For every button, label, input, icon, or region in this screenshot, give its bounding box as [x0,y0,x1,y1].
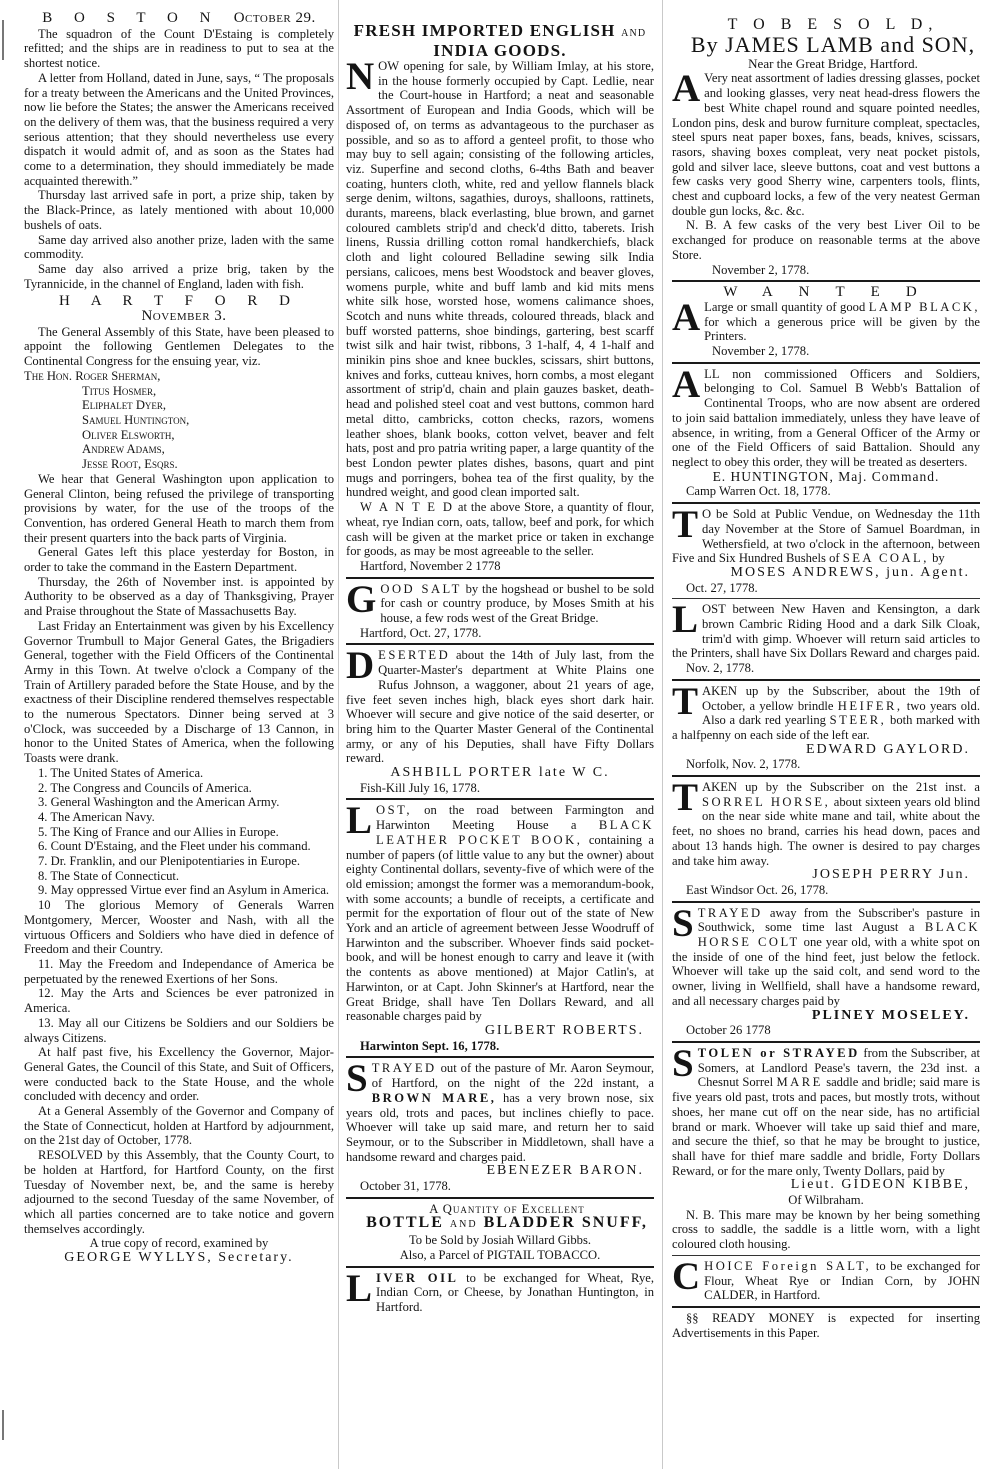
boston-dateline: B O S T O N October 29. [24,11,334,26]
toast-item: 3. General Washington and the American A… [24,795,334,810]
toast-item: 13. May all our Citizens be Soldiers and… [24,1016,334,1045]
ad-divider [346,577,654,579]
toast-item: 6. Count D'Estaing, and the Fleet under … [24,839,334,854]
ad-label: OST, [376,803,412,817]
ad-signature: EBENEZER BARON. [346,1164,644,1179]
salt-advertisement: G OOD SALT by the hogshead or bushel to … [346,582,654,641]
ad-divider [672,1306,980,1308]
ad-body: AKEN up by the Subscriber, about the 19t… [672,684,980,743]
ad-seller: By JAMES LAMB and SON, [672,33,980,57]
ad-title: T O B E S O L D, [672,18,980,33]
toast-item: 5. The King of France and our Allies in … [24,825,334,840]
ad-date: Norfolk, Nov. 2, 1778. [672,757,980,772]
headline-text: INDIA GOODS. [433,41,566,60]
ad-divider [672,280,980,282]
toast-item: 12. May the Arts and Sciences be ever pa… [24,986,334,1015]
ad-label: ESERTED [378,648,450,662]
ad-label: HOICE Foreign SALT, [704,1259,871,1273]
ad-body: HOICE Foreign SALT, to be exchanged for … [672,1259,980,1303]
ad-label: OOD SALT [380,582,461,596]
toast-item: 4. The American Navy. [24,810,334,825]
ad-divider [672,901,980,903]
ad-divider [346,1056,654,1058]
ad-divider [672,1041,980,1043]
ad-item: MARE [776,1075,822,1089]
toast-list: 1. The United States of America. 2. The … [24,766,334,1045]
snuff-advertisement: A Quantity of Excellent BOTTLE AND BLADD… [346,1202,654,1263]
ad-body: Very neat assortment of ladies dressing … [672,71,980,218]
ad-signature: Lieut. GIDEON KIBBE, [672,1178,970,1193]
ad-label: TOLEN or STRAYED [698,1046,860,1060]
attestation: A true copy of record, examined by [24,1236,334,1251]
news-paragraph: We hear that General Washington upon app… [24,472,334,546]
ad-label: TRAYED [372,1061,437,1075]
ad-label: IVER OIL [376,1271,458,1285]
drop-cap: S [672,906,698,939]
ad-date: Hartford, November 2 1778 [346,559,654,574]
officers-notice: A LL non commissioned Officers and Soldi… [672,367,980,499]
ad-divider [672,362,980,364]
news-paragraph: Last Friday an Entertainment was given b… [24,619,334,766]
dateline-date: November 3. [141,308,226,324]
ad-divider [672,1255,980,1256]
ad-body: ESERTED about the 14th of July last, fro… [346,648,654,766]
stolen-mare-advertisement: S TOLEN or STRAYED from the Subscriber, … [672,1046,980,1252]
ad-label: TRAYED [698,906,763,920]
ad-body: TOLEN or STRAYED from the Subscriber, at… [672,1046,980,1178]
delegate-name: Samuel Huntington, [82,413,334,428]
wanted-label: W A N T E D [360,500,454,514]
ad-signature: EDWARD GAYLORD. [672,743,970,758]
ad-body: TRAYED away from the Subscriber's pastur… [672,906,980,1009]
delegate-list: Titus Hosmer, Eliphalet Dyer, Samuel Hun… [24,384,334,472]
ad-signature: PLINEY MOSELEY. [672,1009,970,1024]
column-ads-right: T O B E S O L D, By JAMES LAMB and SON, … [672,8,980,1340]
news-paragraph: General Gates left this place yesterday … [24,545,334,574]
ad-date: October 26 1778 [672,1023,980,1038]
headline-text: FRESH IMPORTED ENGLISH [354,21,616,40]
snuff-title-and: AND [450,1219,478,1230]
drop-cap: T [672,780,702,813]
toast-item: 9. May oppressed Virtue ever find an Asy… [24,883,334,898]
ad-date: Oct. 27, 1778. [672,581,980,596]
ad-date: Camp Warren Oct. 18, 1778. [672,484,980,499]
sorrel-horse-advertisement: T AKEN up by the Subscriber on the 21st … [672,780,980,898]
dateline-city: B O S T O N [42,10,219,26]
ad-date: Hartford, Oct. 27, 1778. [346,626,654,641]
ad-text: by [932,551,945,565]
dateline-city: H A R T F O R D [59,293,299,309]
drop-cap: C [672,1259,704,1292]
ad-text: about the 14th of July last, from the Qu… [346,648,654,765]
drop-cap: L [346,803,376,836]
lampblack-advertisement: WANTED A Large or small quantity of good… [672,285,980,359]
strayed-mare-advertisement: S TRAYED out of the pasture of Mr. Aaron… [346,1061,654,1193]
drop-cap: L [672,602,702,635]
column-ads-middle: FRESH IMPORTED ENGLISH AND INDIA GOODS. … [346,8,654,1315]
news-paragraph: Thursday last arrived safe in port, a pr… [24,188,334,232]
ad-signature: GILBERT ROBERTS. [346,1024,644,1039]
drop-cap: A [672,300,704,333]
ad-divider [346,1266,654,1268]
margin-mark [2,20,4,60]
ad-text: saddle and bridle; said mare is five yea… [672,1075,980,1177]
ad-date: Nov. 2, 1778. [672,661,980,676]
delegate-name: Oliver Elsworth, [82,428,334,443]
ad-body: OST, on the road between Farmington and … [346,803,654,1024]
toast-item: 2. The Congress and Councils of America. [24,781,334,796]
ad-divider [346,643,654,645]
column-divider [662,0,663,1469]
delegate-name: Andrew Adams, [82,442,334,457]
delegate-first: The Hon. Roger Sherman, [24,369,334,384]
ad-item: BROWN MARE, [372,1091,497,1105]
ad-body: AKEN up by the Subscriber on the 21st in… [672,780,980,868]
news-paragraph: Same day also arrived a prize brig, take… [24,262,334,291]
secretary-signature: GEORGE WYLLYS, Secretary. [24,1251,334,1266]
ad-divider [346,798,654,800]
drop-cap: S [672,1046,698,1079]
ad-divider [672,679,980,681]
snuff-title-part: BOTTLE [366,1214,444,1231]
margin-mark [2,1410,4,1440]
ad-divider [672,775,980,777]
column-divider [338,0,339,1469]
snuff-tobacco: Also, a Parcel of PIGTAIL TOBACCO. [346,1248,654,1263]
ad-item: STEER, [830,713,887,727]
snuff-title: BOTTLE AND BLADDER SNUFF, [346,1216,654,1233]
ad-date: November 2, 1778. [672,263,980,278]
ad-date: East Windsor Oct. 26, 1778. [672,883,980,898]
news-paragraph: Thursday, the 26th of November inst. is … [24,575,334,619]
drop-cap: T [672,684,702,717]
ad-heading: WANTED [672,285,980,300]
ad-body: OOD SALT by the hogshead or bushel to be… [346,582,654,626]
ad-text: AKEN up by the Subscriber on the 21st in… [702,780,980,794]
ad-item: LAMP BLACK, [869,300,980,314]
ad-note: N. B. This mare may be known by her bein… [672,1208,980,1252]
news-paragraph: Same day arrived also another prize, lad… [24,233,334,262]
ad-signature: JOSEPH PERRY Jun. [672,868,970,883]
column-news: B O S T O N October 29. The squadron of … [24,8,334,1266]
drop-cap: S [346,1061,372,1094]
liver-oil-advertisement: L IVER OIL to be exchanged for Wheat, Ry… [346,1271,654,1315]
ad-signature: ASHBILL PORTER late W C. [346,766,654,781]
deserter-advertisement: D ESERTED about the 14th of July last, f… [346,648,654,795]
toast-item: 7. Dr. Franklin, and our Plenipotentiari… [24,854,334,869]
ad-note: N. B. A few casks of the very best Liver… [672,218,980,262]
ad-item: SEA COAL, [843,551,929,565]
ad-date: October 31, 1778. [346,1179,654,1194]
ad-date: Harwinton Sept. 16, 1778. [346,1039,654,1054]
ad-body: O be Sold at Public Vendue, on Wednesday… [672,507,980,566]
news-paragraph: The General Assembly of this State, have… [24,325,334,369]
ad-item: HEIFER, [838,699,903,713]
drop-cap: L [346,1271,376,1304]
ad-location: Near the Great Bridge, Hartford. [672,57,980,72]
ad-text: Large or small quantity of good [704,300,865,314]
drop-cap: G [346,582,380,615]
vendue-advertisement: T O be Sold at Public Vendue, on Wednesd… [672,507,980,595]
ad-signature-place: Of Wilbraham. [672,1193,980,1208]
lamb-advertisement: T O B E S O L D, By JAMES LAMB and SON, … [672,8,980,277]
ad-headline: FRESH IMPORTED ENGLISH AND INDIA GOODS. [346,22,654,59]
colt-advertisement: S TRAYED away from the Subscriber's past… [672,906,980,1038]
toast-item: 1. The United States of America. [24,766,334,781]
news-paragraph: A letter from Holland, dated in June, sa… [24,71,334,189]
newspaper-page: B O S T O N October 29. The squadron of … [0,0,1000,1469]
hartford-dateline: H A R T F O R D November 3. [24,294,334,323]
ad-body: IVER OIL to be exchanged for Wheat, Rye,… [346,1271,654,1315]
ad-date: November 2, 1778. [672,344,980,359]
drop-cap: A [672,71,704,104]
delegate-name: Titus Hosmer, [82,384,334,399]
lost-pocketbook-advertisement: L OST, on the road between Farmington an… [346,803,654,1053]
ad-body: TRAYED out of the pasture of Mr. Aaron S… [346,1061,654,1164]
ad-divider [346,1197,654,1199]
drop-cap: D [346,648,378,681]
toast-item: 11. May the Freedom and Independance of … [24,957,334,986]
drop-cap: N [346,59,378,92]
snuff-seller: To be Sold by Josiah Willard Gibbs. [346,1233,654,1248]
news-paragraph: At half past five, his Excellency the Go… [24,1045,334,1104]
assembly-intro: At a General Assembly of the Governor an… [24,1104,334,1148]
ad-item: SORREL HORSE, [702,795,830,809]
choice-salt-advertisement: C HOICE Foreign SALT, to be exchanged fo… [672,1259,980,1303]
delegate-name: Eliphalet Dyer, [82,398,334,413]
news-paragraph: The squadron of the Count D'Estaing is c… [24,27,334,71]
drop-cap: A [672,367,704,400]
snuff-title-part: BLADDER SNUFF, [484,1214,648,1231]
ad-date: Fish-Kill July 16, 1778. [346,781,654,796]
assembly-resolution: RESOLVED by this Assembly, that the Coun… [24,1148,334,1236]
ad-body: OST between New Haven and Kensington, a … [672,602,980,661]
payment-notice: §§ READY MONEY is expected for inserting… [672,1311,980,1340]
heifer-advertisement: T AKEN up by the Subscriber, about the 1… [672,684,980,772]
ad-signature: E. HUNTINGTON, Maj. Command. [672,470,980,485]
ad-text: containing a number of papers (of little… [346,833,654,1023]
lost-hood-advertisement: L OST between New Haven and Kensington, … [672,602,980,676]
imlay-advertisement: FRESH IMPORTED ENGLISH AND INDIA GOODS. … [346,8,654,574]
toast-item: 8. The State of Connecticut. [24,869,334,884]
ad-signature: MOSES ANDREWS, jun. Agent. [672,566,970,581]
ad-divider [672,598,980,599]
toast-item: 10 The glorious Memory of Generals Warre… [24,898,334,957]
ad-divider [672,502,980,504]
ad-text: for which a generous price will be given… [704,315,980,344]
ad-body: Large or small quantity of good LAMP BLA… [672,300,980,344]
wanted-notice: W A N T E D at the above Store, a quanti… [346,500,654,559]
ad-body: LL non commissioned Officers and Soldier… [672,367,980,470]
headline-and: AND [621,28,646,39]
delegate-name: Jesse Root, Esqrs. [82,457,334,472]
drop-cap: T [672,507,702,540]
ad-body: OW opening for sale, by William Imlay, a… [346,59,654,500]
dateline-date: October 29. [234,10,316,26]
